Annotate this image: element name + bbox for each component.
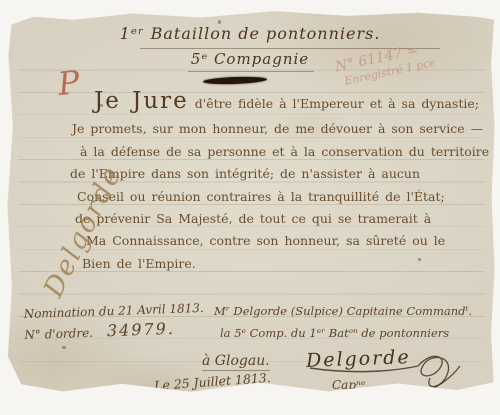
date-line: Le 25 Juillet 1813. [154,370,272,393]
oath-opening-words: Je Jure [94,88,189,114]
ink-blot [203,76,267,85]
oath-text: Je Jured'être fidèle à l'Empereur et à s… [68,90,480,275]
officer-unit-line: la 5ᵉ Comp. du 1ᵉʳ Batᵒⁿ de pontonniers [220,322,472,344]
company-underline [188,71,314,72]
paper-speck [100,104,103,107]
paper-speck [418,258,421,261]
oath-line: Je Jured'être fidèle à l'Empereur et à s… [94,90,480,115]
oath-line: Ma Connaissance, contre son honneur, sa … [86,230,480,252]
header-battalion: 1ᵉʳ Bataillon de pontonniers. [4,24,496,43]
oath-line-text: d'être fidèle à l'Empereur et à sa dynas… [195,96,479,111]
oath-line: Bien de l'Empire. [82,253,480,275]
oath-line: de prévenir Sa Majesté, de tout ce qui s… [75,208,480,230]
signature-flourish [300,344,490,414]
paper-speck [62,346,66,349]
signature-title: Capⁿᵉ [332,378,366,392]
order-number-label: N° d'ordre. [24,326,93,342]
order-number-value: 34979. [107,319,176,340]
nomination-block: Nomination du 21 Avril 1813. N° d'ordre.… [23,298,204,345]
oath-line: Conseil ou réunion contraires à la tranq… [77,186,480,208]
oath-line: de l'Empire dans son intégrité; de n'ass… [70,163,480,185]
officer-block: Mʳ Delgorde (Sulpice) Capitaine Commandᵗ… [214,300,472,344]
oath-line: Je promets, sur mon honneur, de me dévou… [72,118,480,140]
place-line: à Glogau. [202,353,270,371]
officer-name-line: Mʳ Delgorde (Sulpice) Capitaine Commandᵗ… [214,300,472,322]
oath-line: à la défense de sa personne et à la cons… [80,141,480,163]
paper-speck [218,20,221,24]
document-paper: 1ᵉʳ Bataillon de pontonniers. 5ᵉ Compagn… [4,8,496,404]
document-scan: 1ᵉʳ Bataillon de pontonniers. 5ᵉ Compagn… [0,0,500,415]
